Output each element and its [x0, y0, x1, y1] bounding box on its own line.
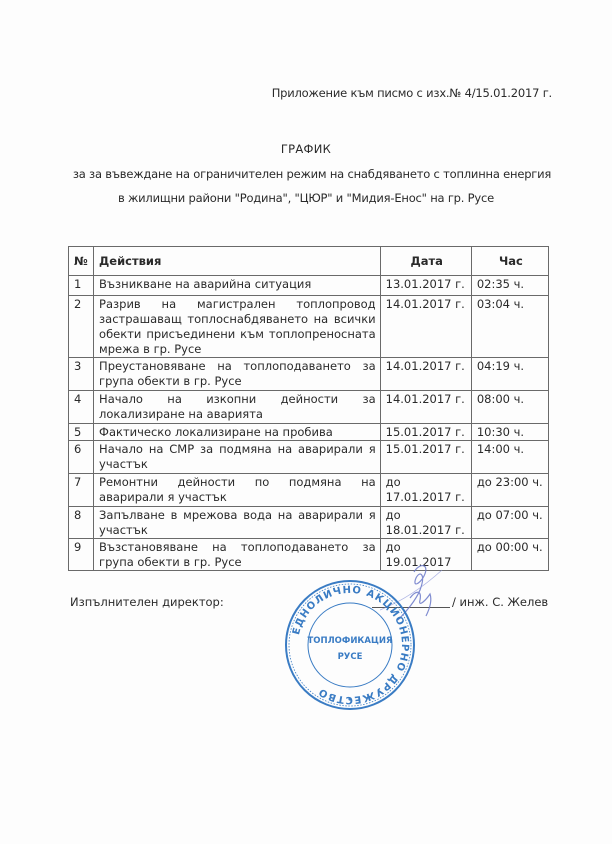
row-number: 7: [69, 474, 94, 507]
row-date: до 18.01.2017 г.: [380, 507, 471, 539]
row-date: 15.01.2017 г.: [380, 441, 471, 474]
row-number: 4: [69, 391, 94, 424]
table-row: 6Начало на СМР за подмяна на аварирали я…: [69, 441, 549, 474]
reference-line: Приложение към писмо с изх.№ 4/15.01.201…: [272, 86, 552, 100]
row-time: 10:30 ч.: [471, 424, 548, 441]
row-date: до 17.01.2017 г.: [380, 474, 471, 507]
table-body: 1Възникване на аварийна ситуация13.01.20…: [69, 276, 549, 571]
row-date: 13.01.2017 г.: [380, 276, 471, 296]
company-stamp-icon: ЕДНОЛИЧНО АКЦИОНЕРНО ДРУЖЕСТВО ТОПЛОФИКА…: [280, 575, 420, 715]
row-action: Възникване на аварийна ситуация: [94, 276, 381, 296]
header-date: Дата: [380, 247, 471, 276]
table-row: 5Фактическо локализиране на пробива15.01…: [69, 424, 549, 441]
document-subtitle-line1: за за въвеждане на ограничителен режим н…: [6, 167, 612, 181]
row-number: 3: [69, 358, 94, 391]
table-row: 4Начало на изкопни дейности за локализир…: [69, 391, 549, 424]
svg-text:ТОПЛОФИКАЦИЯ: ТОПЛОФИКАЦИЯ: [307, 636, 392, 646]
row-time: 02:35 ч.: [471, 276, 548, 296]
signature-label: Изпълнителен директор:: [70, 595, 224, 609]
header-time: Час: [471, 247, 548, 276]
row-action: Разрив на магистрален топлопровод застра…: [94, 296, 381, 358]
table-row: 7Ремонтни дейности по подмяна на аварира…: [69, 474, 549, 507]
schedule-table: № Действия Дата Час 1Възникване на авари…: [68, 246, 549, 571]
row-action: Фактическо локализиране на пробива: [94, 424, 381, 441]
row-action: Преустановяване на топлоподаването за гр…: [94, 358, 381, 391]
document-page: Приложение към писмо с изх.№ 4/15.01.201…: [0, 0, 612, 844]
row-time: до 23:00 ч.: [471, 474, 548, 507]
row-action: Запълване в мрежова вода на аварирали я …: [94, 507, 381, 539]
table-row: 1Възникване на аварийна ситуация13.01.20…: [69, 276, 549, 296]
row-action: Ремонтни дейности по подмяна на аварирал…: [94, 474, 381, 507]
header-no: №: [69, 247, 94, 276]
row-time: 14:00 ч.: [471, 441, 548, 474]
row-number: 5: [69, 424, 94, 441]
svg-text:РУСЕ: РУСЕ: [338, 652, 363, 662]
row-date: 15.01.2017 г.: [380, 424, 471, 441]
table-row: 2Разрив на магистрален топлопровод застр…: [69, 296, 549, 358]
row-action: Начало на СМР за подмяна на аварирали я …: [94, 441, 381, 474]
row-number: 8: [69, 507, 94, 539]
row-time: до 07:00 ч.: [471, 507, 548, 539]
row-time: 03:04 ч.: [471, 296, 548, 358]
row-date: 14.01.2017 г.: [380, 296, 471, 358]
signatory-name: / инж. С. Желев: [452, 595, 548, 609]
row-date: 14.01.2017 г.: [380, 358, 471, 391]
row-action: Начало на изкопни дейности за локализира…: [94, 391, 381, 424]
row-action: Възстановяване на топлоподаването за гру…: [94, 539, 381, 571]
table-row: 9Възстановяване на топлоподаването за гр…: [69, 539, 549, 571]
row-time: 04:19 ч.: [471, 358, 548, 391]
document-subtitle-line2: в жилищни райони "Родина", "ЦЮР" и "Миди…: [0, 191, 612, 205]
row-number: 2: [69, 296, 94, 358]
row-time: до 00:00 ч.: [471, 539, 548, 571]
header-action: Действия: [94, 247, 381, 276]
table-row: 8Запълване в мрежова вода на аварирали я…: [69, 507, 549, 539]
row-number: 9: [69, 539, 94, 571]
table-header-row: № Действия Дата Час: [69, 247, 549, 276]
row-time: 08:00 ч.: [471, 391, 548, 424]
table-row: 3Преустановяване на топлоподаването за г…: [69, 358, 549, 391]
row-date: 14.01.2017 г.: [380, 391, 471, 424]
row-number: 1: [69, 276, 94, 296]
row-number: 6: [69, 441, 94, 474]
document-title: ГРАФИК: [0, 142, 612, 156]
